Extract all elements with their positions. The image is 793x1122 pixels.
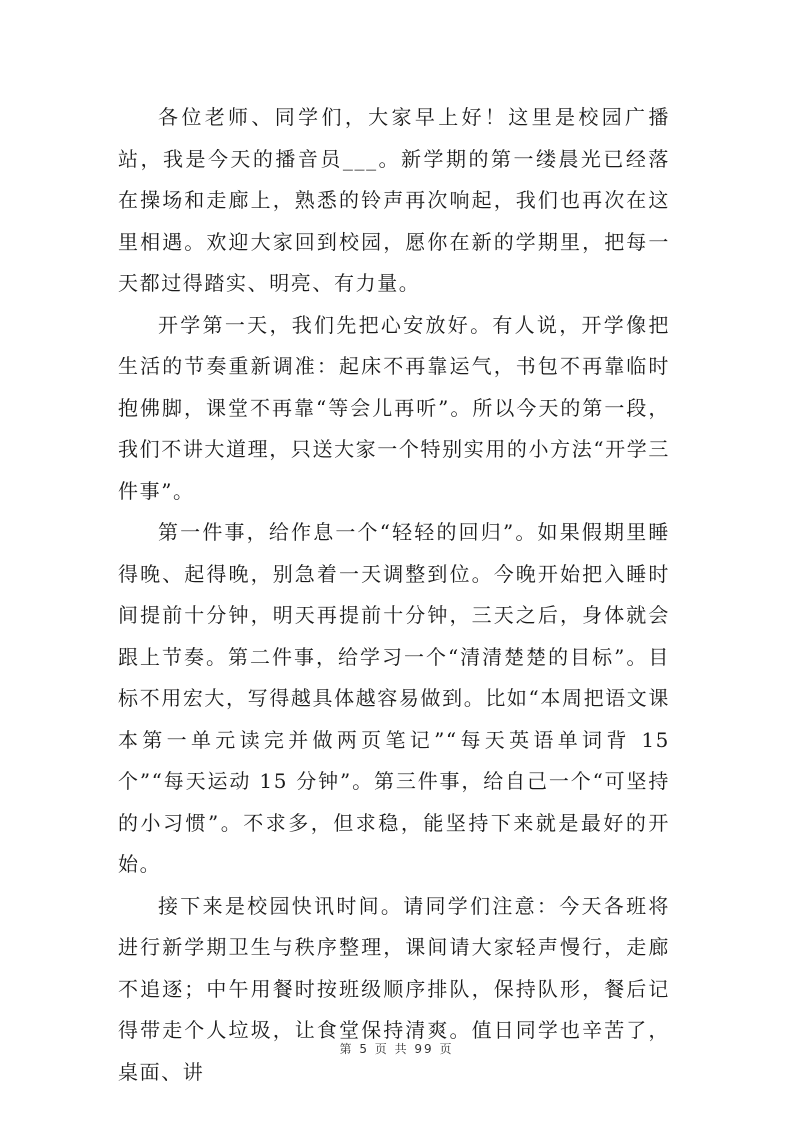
paragraph-first-day: 开学第一天，我们先把心安放好。有人说，开学像把生活的节奏重新调准：起床不再靠运气…	[118, 305, 670, 513]
document-body: 各位老师、同学们，大家早上好！这里是校园广播站，我是今天的播音员___。新学期的…	[118, 97, 670, 1093]
page-number-footer: 第 5 页 共 99 页	[0, 1040, 793, 1057]
paragraph-campus-news: 接下来是校园快讯时间。请同学们注意：今天各班将进行新学期卫生与秩序整理，课间请大…	[118, 886, 670, 1094]
document-page: 各位老师、同学们，大家早上好！这里是校园广播站，我是今天的播音员___。新学期的…	[0, 0, 793, 1122]
paragraph-greeting: 各位老师、同学们，大家早上好！这里是校园广播站，我是今天的播音员___。新学期的…	[118, 97, 670, 305]
paragraph-three-things: 第一件事，给作息一个“轻轻的回归”。如果假期里睡得晚、起得晚，别急着一天调整到位…	[118, 512, 670, 886]
